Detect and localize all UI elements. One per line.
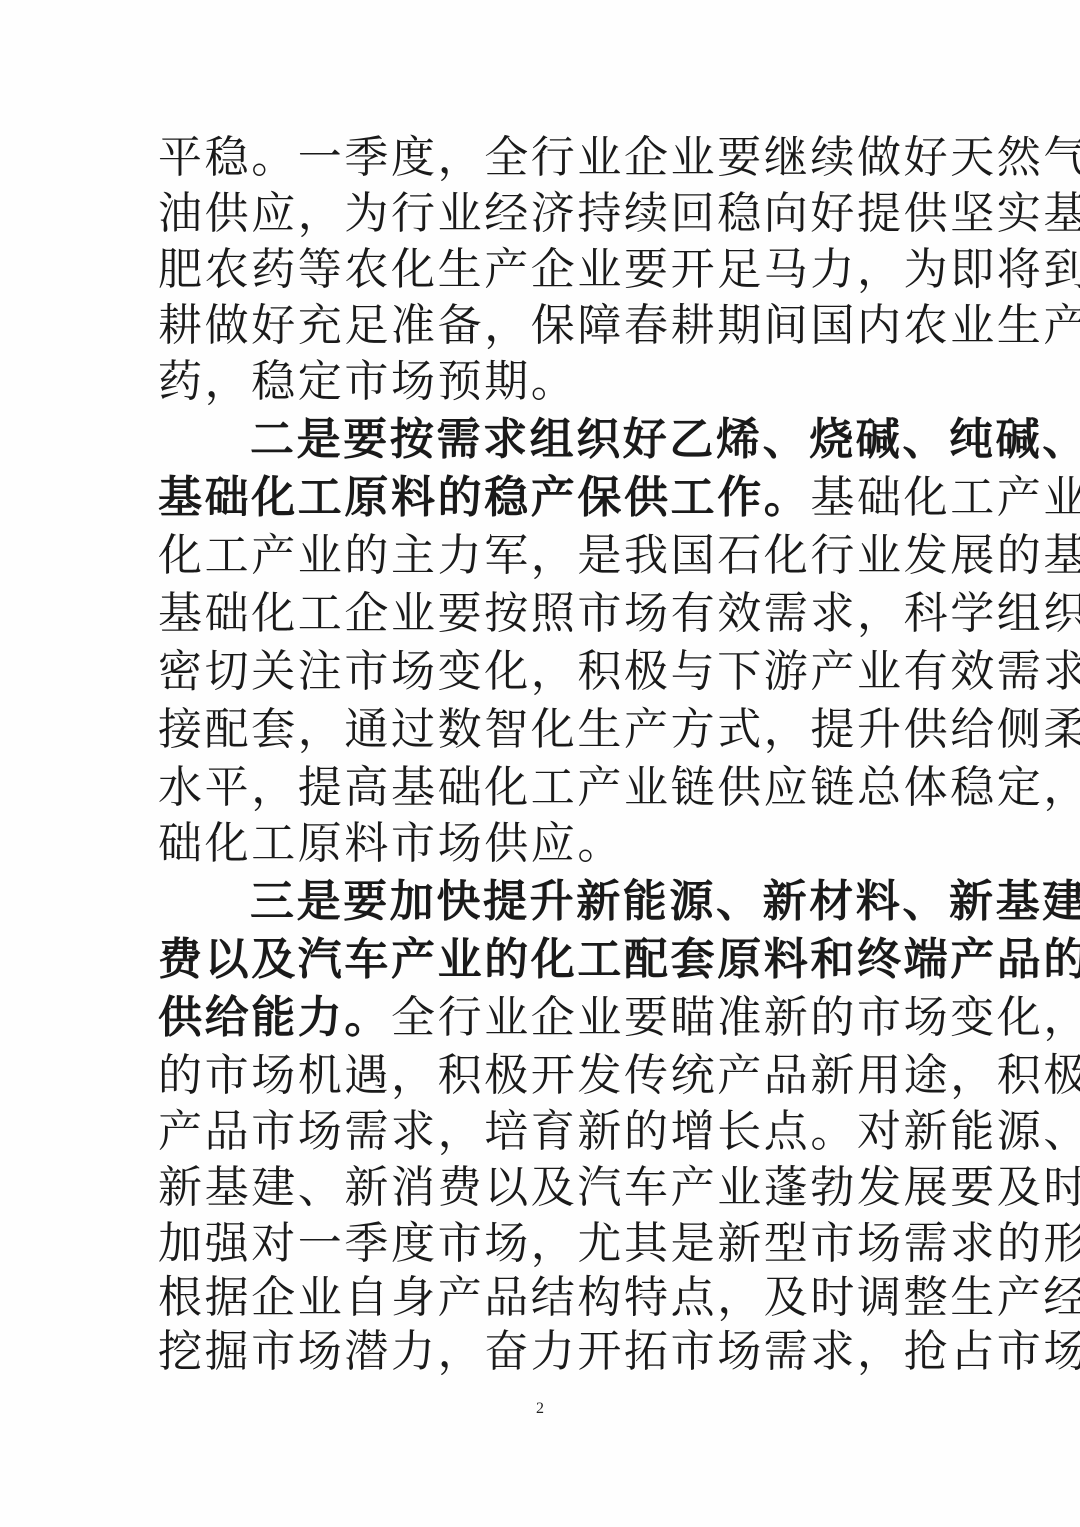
text-line: 供给能力。全行业企业要瞄准新的市场变化，抢抓新 [158, 990, 914, 1046]
text-line: 平稳。一季度，全行业企业要继续做好天然气和成品 [158, 130, 914, 186]
heading-line: 三是要加快提升新能源、新材料、新基建、新消 [250, 874, 914, 930]
text-line: 化工产业的主力军，是我国石化行业发展的基本盘。 [158, 528, 914, 584]
text-line: 产品市场需求，培育新的增长点。对新能源、新材料、 [158, 1104, 914, 1160]
body-text: 全行业企业要瞄准新的市场变化，抢抓新 [391, 992, 1080, 1043]
text-line: 础化工原料市场供应。 [158, 816, 914, 872]
text-line: 加强对一季度市场，尤其是新型市场需求的形势研判， [158, 1216, 914, 1272]
text-line: 接配套，通过数智化生产方式，提升供给侧柔性管理 [158, 702, 914, 758]
text-line: 根据企业自身产品结构特点，及时调整生产经营策略， [158, 1270, 914, 1326]
text-line: 基础化工原料的稳产保供工作。基础化工产业是传统 [158, 470, 914, 526]
text-line: 的市场机遇，积极开发传统产品新用途，积极开拓新 [158, 1048, 914, 1104]
document-page: 平稳。一季度，全行业企业要继续做好天然气和成品 油供应，为行业经济持续回稳向好提… [0, 0, 1080, 1527]
heading-line: 费以及汽车产业的化工配套原料和终端产品的创新 [158, 932, 914, 988]
heading-line: 二是要按需求组织好乙烯、烧碱、纯碱、硫酸等 [250, 412, 914, 468]
text-line: 肥农药等农化生产企业要开足马力，为即将到来的春 [158, 242, 914, 298]
page-number: 2 [0, 1400, 1080, 1418]
text-line: 水平，提高基础化工产业链供应链总体稳定，保障基 [158, 760, 914, 816]
bold-lead-text: 基础化工原料的稳产保供工作。 [158, 472, 810, 523]
text-line: 油供应，为行业经济持续回稳向好提供坚实基础。化 [158, 186, 914, 242]
text-line: 密切关注市场变化，积极与下游产业有效需求精准对 [158, 644, 914, 700]
text-line: 挖掘市场潜力，奋力开拓市场需求，抢占市场先机。 [158, 1324, 914, 1380]
body-text: 基础化工产业是传统 [810, 472, 1080, 523]
bold-lead-text: 供给能力。 [158, 992, 391, 1043]
text-line: 耕做好充足准备，保障春耕期间国内农业生产备肥用 [158, 298, 914, 354]
text-line: 新基建、新消费以及汽车产业蓬勃发展要及时跟进， [158, 1160, 914, 1216]
text-line: 药，稳定市场预期。 [158, 354, 914, 410]
text-line: 基础化工企业要按照市场有效需求，科学组织生产， [158, 586, 914, 642]
